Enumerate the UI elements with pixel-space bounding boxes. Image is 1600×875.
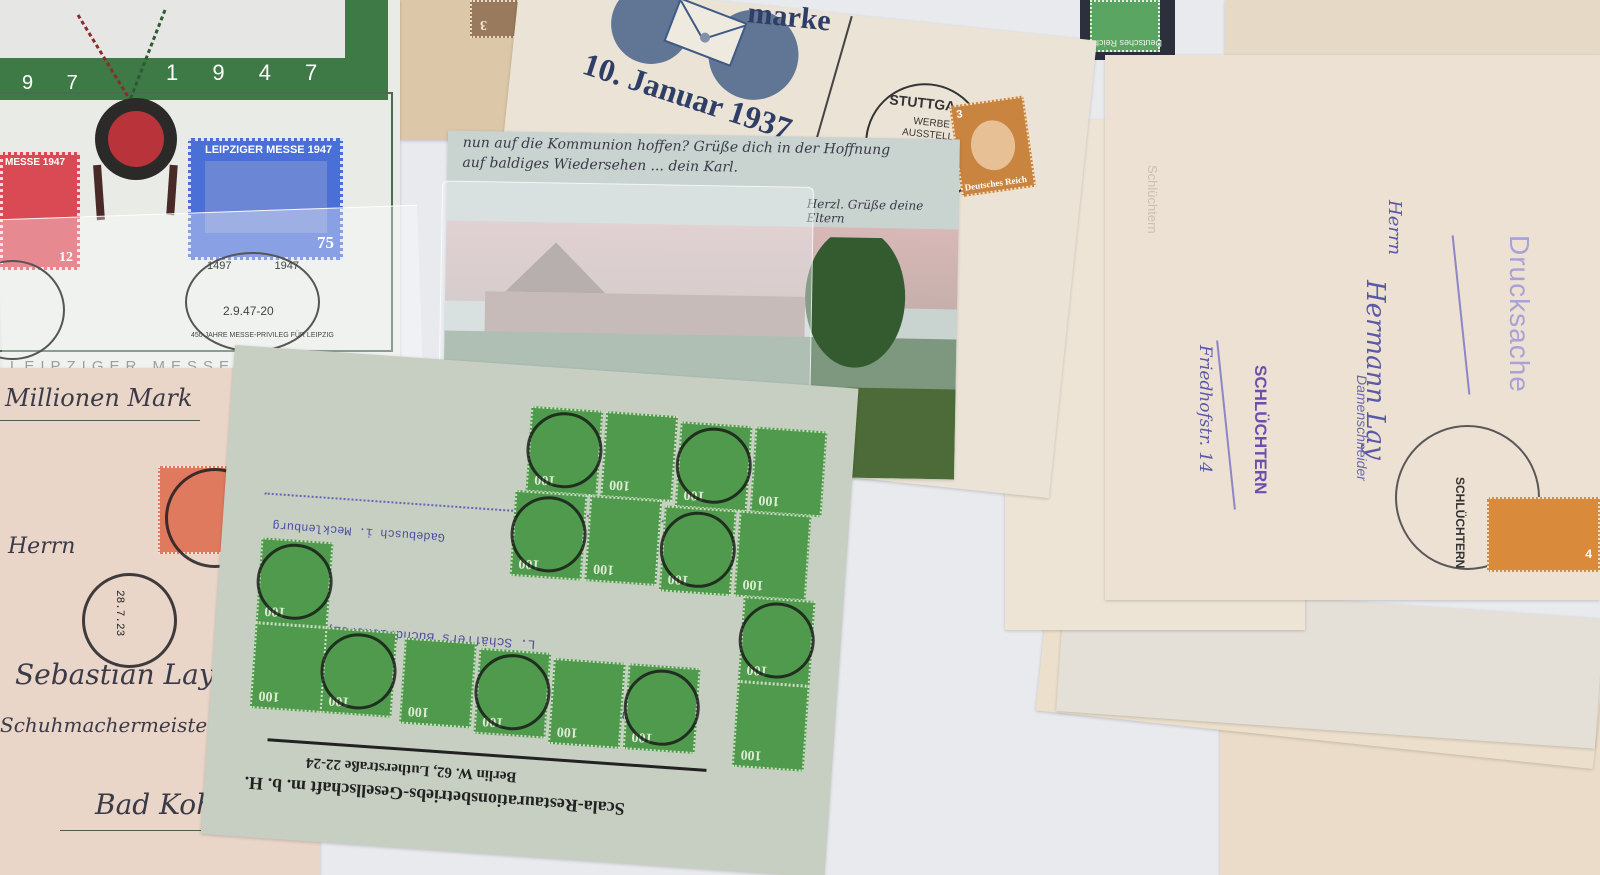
handwriting-line-1: nun auf die Kommunion hoffen? Grüße dich…	[463, 135, 891, 158]
leipzig-commemorative-sheet: 9 7 1 9 4 7 MESSE 1947 12 LEIPZIGER MESS…	[0, 0, 400, 375]
green-100-stamp: 100	[548, 658, 626, 749]
underline	[1216, 340, 1236, 509]
green-100-stamp: 100	[732, 681, 810, 772]
handwriting-line-3: Herzl. Grüße deine Eltern	[806, 197, 946, 227]
orange-stamp: 4	[1487, 497, 1600, 572]
green-100-stamp: 100	[675, 421, 753, 512]
header-text: Millionen Mark	[5, 384, 192, 412]
occupation: Damenschneider	[1354, 375, 1370, 481]
salutation: Herrn	[8, 534, 75, 559]
header-underline	[0, 420, 200, 421]
green-100-stamp: 100	[320, 627, 398, 718]
green-100-stamp: 100	[659, 505, 737, 596]
print-matter-label: Drucksache	[1503, 235, 1535, 393]
green-100-stamp: 100	[738, 596, 816, 687]
green-100-stamp: 100	[256, 537, 334, 628]
underline	[1452, 235, 1471, 394]
arrival-postmark: 28.7.23	[82, 573, 177, 668]
city-stamp: SCHLÜCHTERN	[1250, 365, 1270, 494]
wax-seal-icon	[95, 98, 177, 180]
cord-icon	[70, 5, 170, 105]
green-100-stamp: 100	[750, 427, 828, 518]
handwriting-line-2: auf baldiges Wiedersehen ... dein Karl.	[462, 155, 738, 176]
top-right-envelope	[1225, 0, 1600, 58]
green-100-stamp: 100	[473, 648, 551, 739]
recipient-name: Sebastian Lay	[15, 658, 215, 691]
green-100-stamp: 100	[623, 663, 701, 754]
occupation: Schuhmachermeister	[0, 713, 217, 737]
messe-cancel-right: 1497 1947 2.9.47-20 450 JAHRE MESSE-PRIV…	[185, 252, 320, 352]
green-100-stamp: 100	[584, 495, 662, 586]
green-100-stamp: 100	[250, 622, 328, 713]
street: Friedhofstr. 14	[1195, 345, 1215, 473]
salutation: Herrn	[1384, 200, 1405, 255]
scala-cover: Gadebusch i. Mecklenburg L. Schäffers Bu…	[201, 345, 859, 875]
green-100-stamp: 100	[510, 490, 588, 581]
green-100-stamp: 100	[734, 511, 812, 602]
green-100-stamp: 100	[600, 411, 678, 502]
hindenburg-stamp: 3 Deutsches Reich	[949, 96, 1036, 198]
green-100-stamp: 100	[399, 638, 477, 729]
green-100-stamp: 100	[525, 406, 603, 497]
banner-year: 1 9 4 7	[166, 60, 331, 86]
return-address: Schlüchtern	[1145, 165, 1160, 234]
schluechtern-cover: Schlüchtern Herrn Hermann Lay Damenschne…	[1105, 55, 1600, 600]
